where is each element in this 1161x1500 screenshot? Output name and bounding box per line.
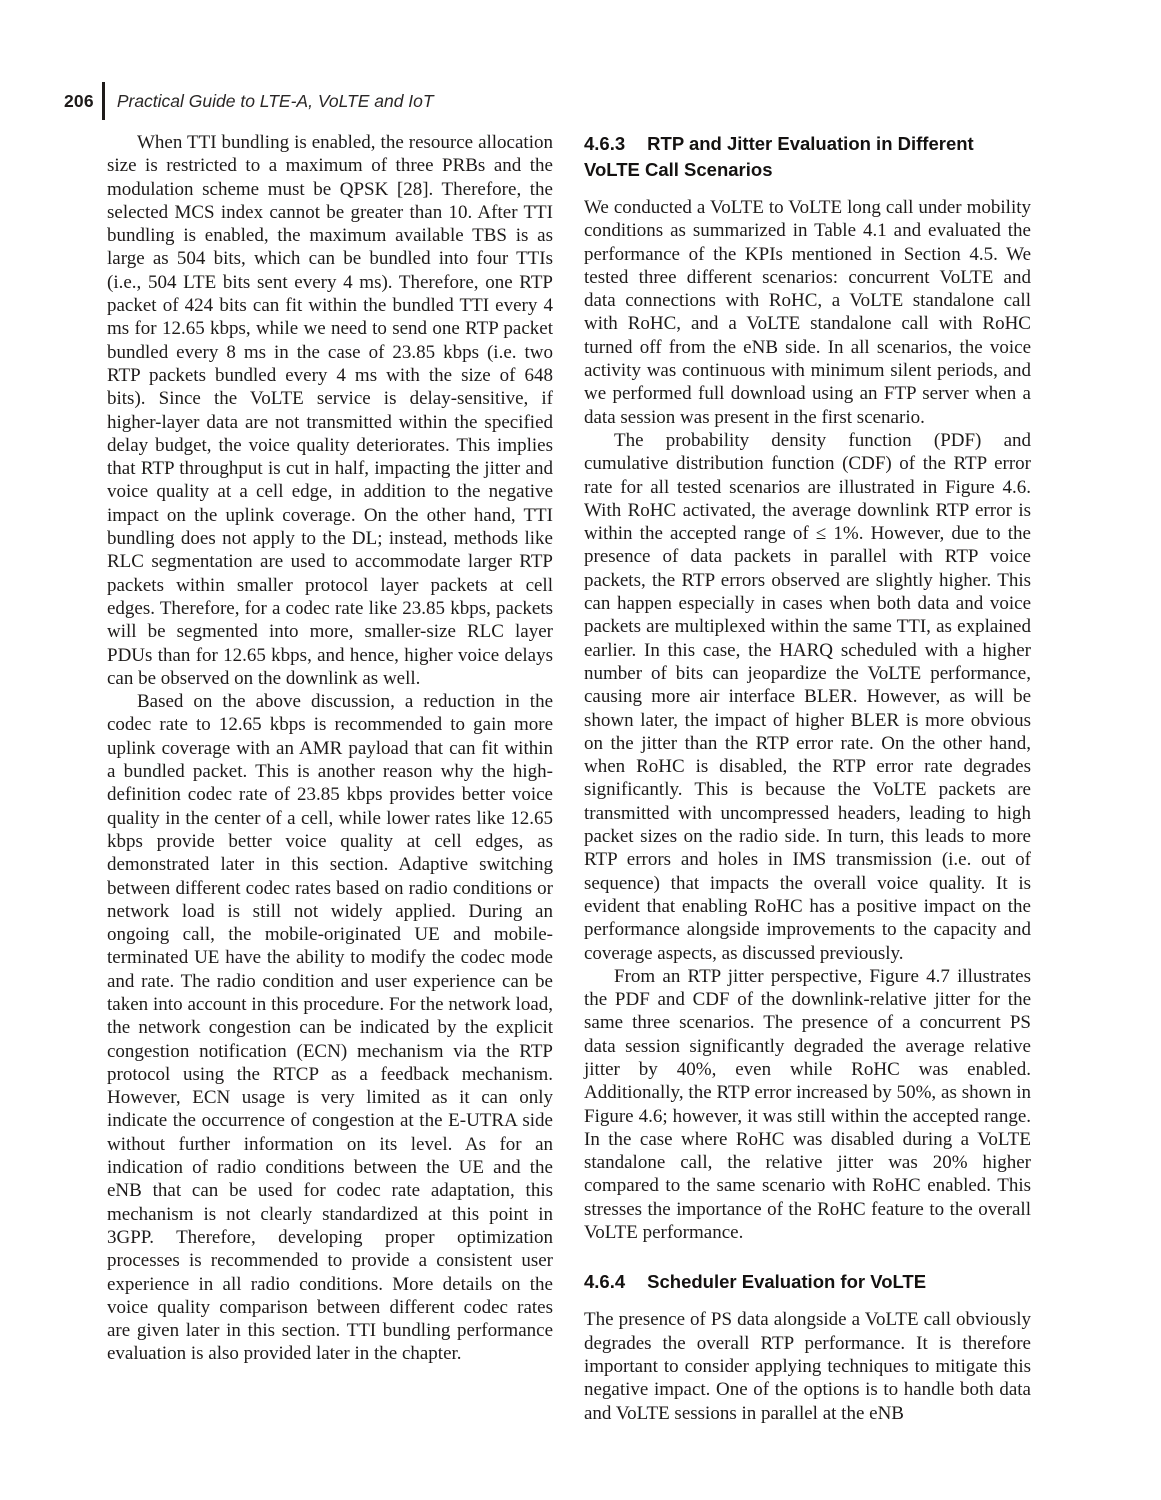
section-number: 4.6.4 <box>584 1271 647 1292</box>
section-title: Scheduler Evaluation for VoLTE <box>647 1271 926 1292</box>
right-column: 4.6.3RTP and Jitter Evaluation in Differ… <box>584 131 1031 1425</box>
paragraph-volte-call-scenarios: We conducted a VoLTE to VoLTE long call … <box>584 196 1031 429</box>
header-divider-rule <box>102 82 105 120</box>
running-header: 206 Practical Guide to LTE-A, VoLTE and … <box>64 82 434 120</box>
page-number: 206 <box>64 91 94 112</box>
paragraph-scheduler-evaluation: The presence of PS data alongside a VoLT… <box>584 1308 1031 1424</box>
paragraph-rtp-jitter-perspective: From an RTP jitter perspective, Figure 4… <box>584 965 1031 1245</box>
left-column: When TTI bundling is enabled, the resour… <box>107 131 553 1366</box>
section-heading-4-6-3: 4.6.3RTP and Jitter Evaluation in Differ… <box>584 131 1031 183</box>
section-number: 4.6.3 <box>584 133 647 154</box>
paragraph-pdf-cdf-rtp-error: The probability density function (PDF) a… <box>584 429 1031 965</box>
section-heading-4-6-4: 4.6.4Scheduler Evaluation for VoLTE <box>584 1269 1031 1295</box>
paragraph-tti-bundling: When TTI bundling is enabled, the resour… <box>107 131 553 690</box>
paragraph-codec-rate-discussion: Based on the above discussion, a reducti… <box>107 690 553 1366</box>
running-title: Practical Guide to LTE-A, VoLTE and IoT <box>117 91 434 112</box>
book-page: 206 Practical Guide to LTE-A, VoLTE and … <box>0 0 1161 1500</box>
